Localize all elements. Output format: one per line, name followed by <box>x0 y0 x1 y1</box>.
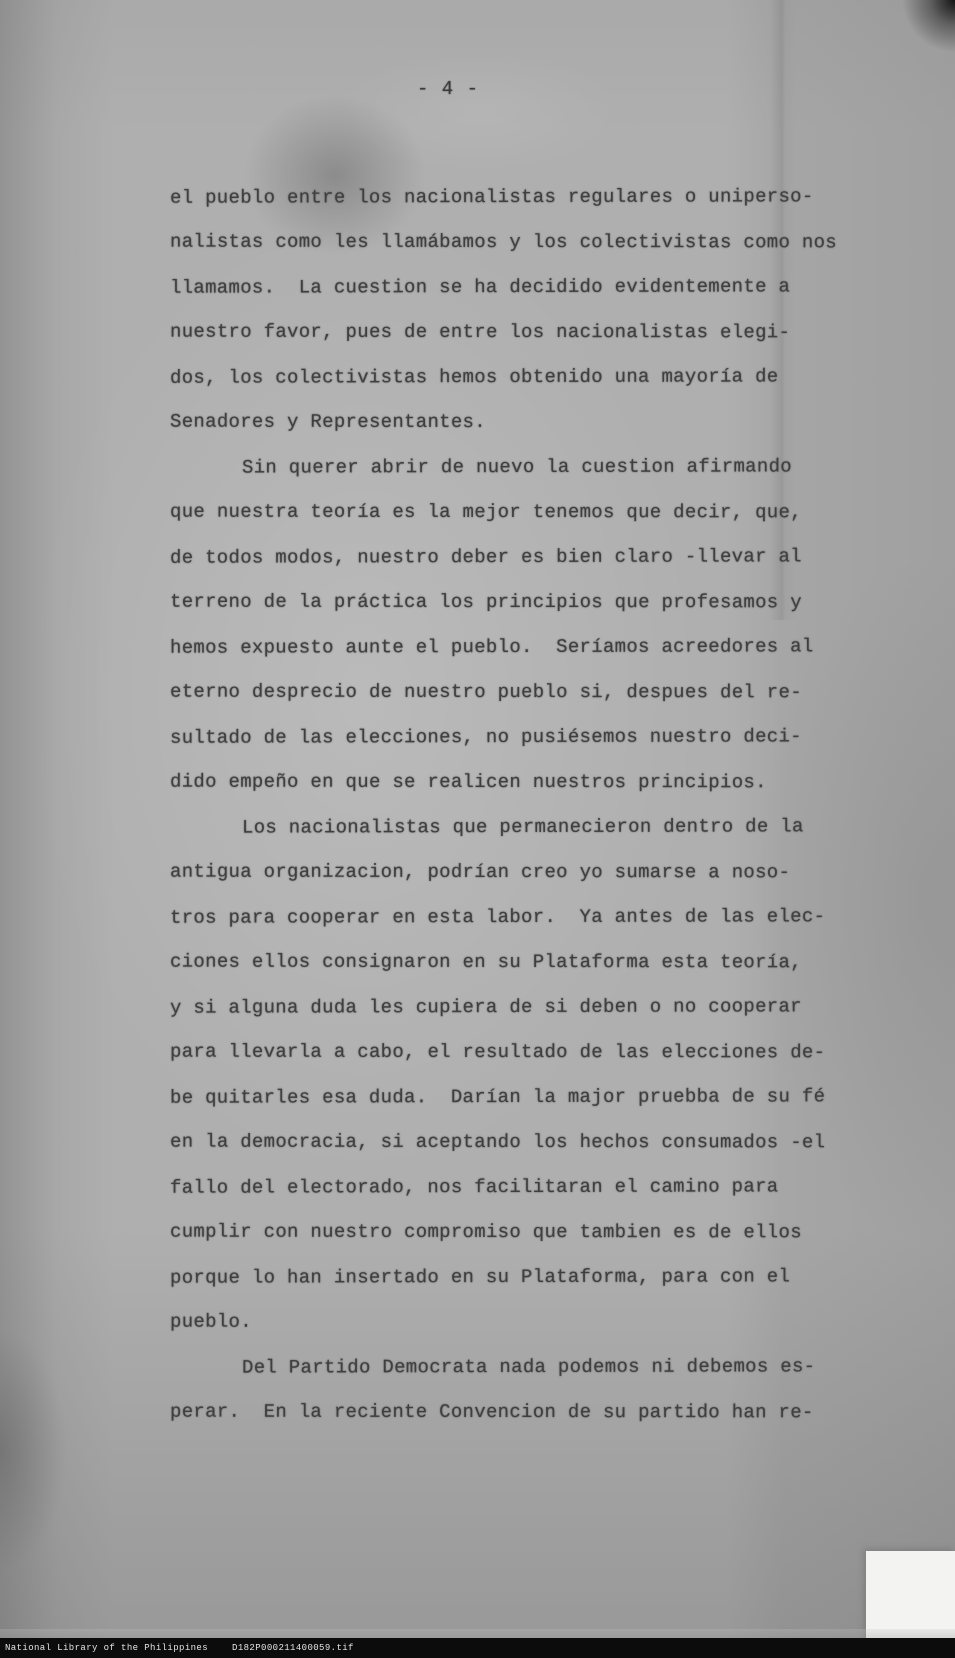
typed-line: hemos expuesto aunte el pueblo. Seríamos… <box>170 635 870 681</box>
typed-line: terreno de la práctica los principios qu… <box>170 591 870 637</box>
typed-text-block: el pueblo entre los nacionalistas regula… <box>170 186 870 1446</box>
typed-line: y si alguna duda les cupiera de si deben… <box>170 995 870 1041</box>
scanned-document-page: - 4 - el pueblo entre los nacionalistas … <box>0 0 955 1658</box>
typed-line: Senadores y Representantes. <box>170 411 870 457</box>
typed-line: pueblo. <box>170 1311 870 1357</box>
typed-line: ciones ellos consignaron en su Plataform… <box>170 951 870 997</box>
typed-line: Sin querer abrir de nuevo la cuestion af… <box>170 455 870 501</box>
typed-line: para llevarla a cabo, el resultado de la… <box>170 1041 870 1087</box>
page-number: - 4 - <box>417 78 537 100</box>
typed-line: tros para cooperar en esta labor. Ya ant… <box>170 905 870 951</box>
paragraph: Sin querer abrir de nuevo la cuestion af… <box>170 456 870 816</box>
typed-line: perar. En la reciente Convencion de su p… <box>170 1401 870 1447</box>
typed-line: dos, los colectivistas hemos obtenido un… <box>170 365 870 411</box>
typed-line: de todos modos, nuestro deber es bien cl… <box>170 545 870 591</box>
typed-line: en la democracia, si aceptando los hecho… <box>170 1131 870 1177</box>
typed-line: porque lo han insertado en su Plataforma… <box>170 1265 870 1311</box>
paragraph: Los nacionalistas que permanecieron dent… <box>170 816 870 1356</box>
typed-line: que nuestra teoría es la mejor tenemos q… <box>170 501 870 547</box>
paragraph: Del Partido Democrata nada podemos ni de… <box>170 1356 870 1446</box>
typed-line: el pueblo entre los nacionalistas regula… <box>170 185 870 231</box>
typed-line: sultado de las elecciones, no pusiésemos… <box>170 725 870 771</box>
typed-line: nuestro favor, pues de entre los naciona… <box>170 321 870 367</box>
typed-line: cumplir con nuestro compromiso que tambi… <box>170 1221 870 1267</box>
typed-line: be quitarles esa duda. Darían la major p… <box>170 1085 870 1131</box>
typed-line: nalistas como les llamábamos y los colec… <box>170 231 870 277</box>
scan-filename: D182P000211400059.tif <box>232 1643 354 1653</box>
paragraph: el pueblo entre los nacionalistas regula… <box>170 186 870 456</box>
typed-line: fallo del electorado, nos facilitaran el… <box>170 1175 870 1221</box>
typed-line: dido empeño en que se realicen nuestros … <box>170 771 870 817</box>
typed-line: Del Partido Democrata nada podemos ni de… <box>170 1355 870 1401</box>
typed-line: llamamos. La cuestion se ha decidido evi… <box>170 275 870 321</box>
typed-line: antigua organizacion, podrían creo yo su… <box>170 861 870 907</box>
scan-edge-strip <box>0 1629 955 1638</box>
scan-footer-bar: National Library of the Philippines D182… <box>0 1638 955 1658</box>
library-label: National Library of the Philippines <box>5 1643 208 1653</box>
typed-line: Los nacionalistas que permanecieron dent… <box>170 815 870 861</box>
typed-line: eterno desprecio de nuestro pueblo si, d… <box>170 681 870 727</box>
